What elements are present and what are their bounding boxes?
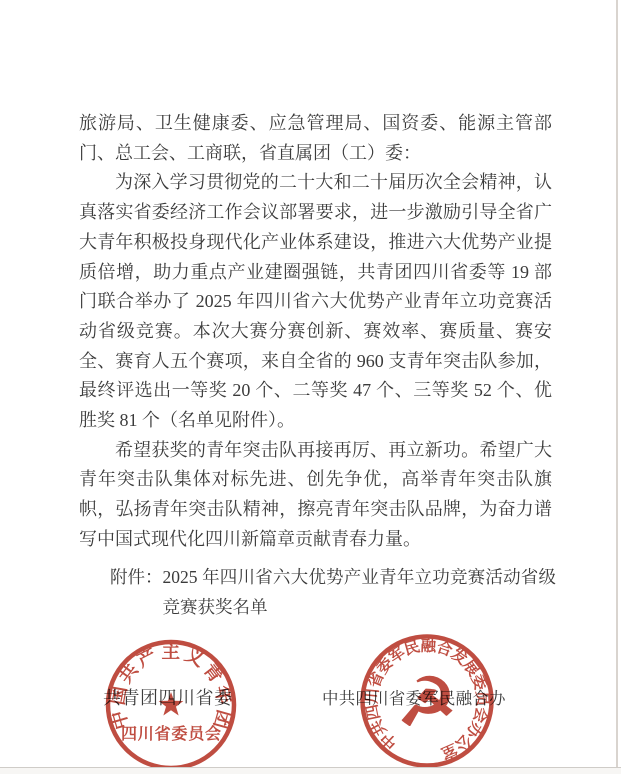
paragraph-competition-overview: 为深入学习贯彻党的二十大和二十届历次全会精神，认真落实省委经济工作会议部署要求，… bbox=[79, 168, 552, 435]
attachment-label: 附件： bbox=[110, 563, 163, 593]
attachment-title: 2025 年四川省六大优势产业青年立功竞赛活动省级竞赛获奖名单 bbox=[163, 563, 557, 622]
page-right-edge bbox=[616, 0, 618, 774]
star-icon bbox=[159, 692, 184, 716]
seal-bottom-text: 四川省委员会 bbox=[121, 724, 221, 743]
document-body: 旅游局、卫生健康委、应急管理局、国资委、能源主管部门、总工会、工商联，省直属团（… bbox=[79, 109, 552, 555]
page-bottom-edge bbox=[0, 767, 621, 774]
youth-league-seal: 中国共产主义青年团 四川省委员会 bbox=[104, 638, 238, 772]
paragraph-encouragement: 希望获奖的青年突击队再接再厉、再立新功。希望广大青年突击队集体对标先进、创先争优… bbox=[79, 436, 552, 555]
attachment-note: 附件： 2025 年四川省六大优势产业青年立功竞赛活动省级竞赛获奖名单 bbox=[110, 563, 556, 622]
document-page: 旅游局、卫生健康委、应急管理局、国资委、能源主管部门、总工会、工商联，省直属团（… bbox=[0, 0, 621, 774]
military-civil-fusion-seal: 中共四川省委军民融合发展委员会办公室 ☭ bbox=[358, 632, 496, 770]
seal-arc-text: 中国共产主义青年团 bbox=[107, 641, 236, 732]
hammer-sickle-icon: ☭ bbox=[397, 667, 456, 740]
salutation-continued: 旅游局、卫生健康委、应急管理局、国资委、能源主管部门、总工会、工商联，省直属团（… bbox=[79, 109, 552, 168]
